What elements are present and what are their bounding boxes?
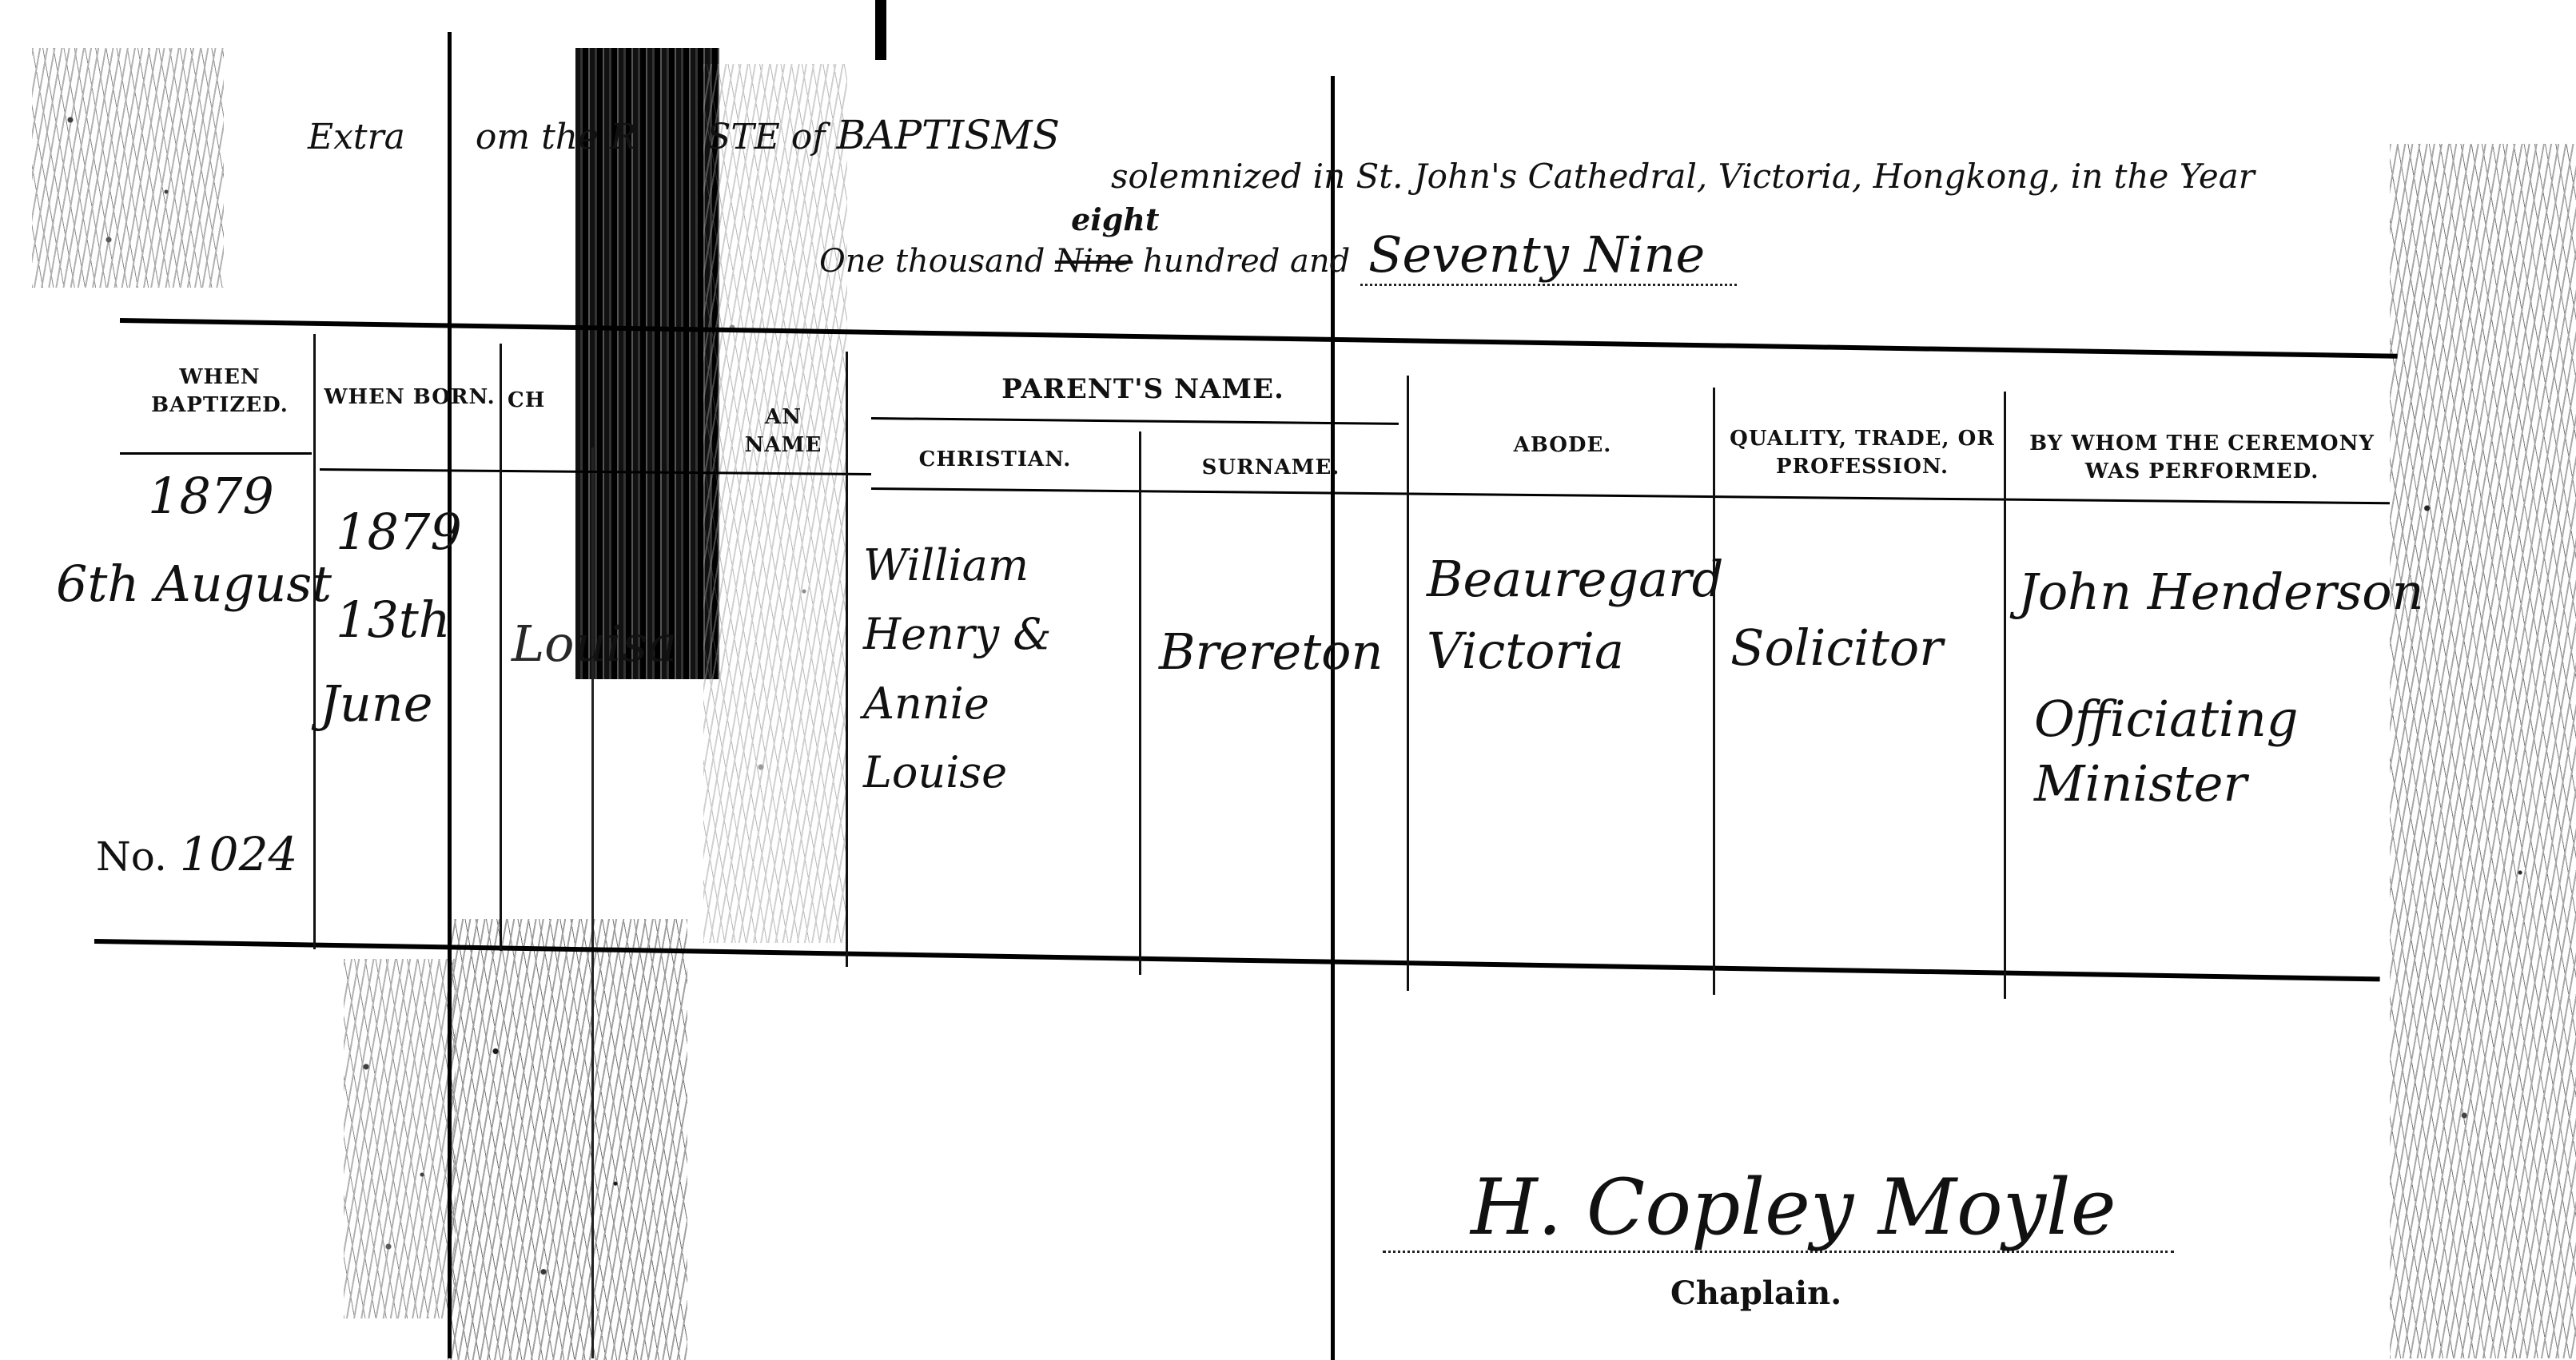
col-when-baptized: WHEN BAPTIZED. (132, 364, 308, 420)
fold-damage-mid (344, 959, 456, 1318)
header-hundred-and: hundred and (1133, 243, 1360, 280)
col-divider-5 (1407, 376, 1409, 991)
col-divider-1 (313, 334, 316, 949)
header-fragment-from: om the R (476, 117, 636, 157)
col-divider-3 (846, 352, 848, 967)
fold-line-2 (875, 0, 886, 60)
header-line-1-suffix: solemnized in St. John's Cathedral, Vict… (1111, 157, 2255, 196)
col-christian-name-left: CH (508, 387, 555, 415)
col-by-whom: BY WHOM THE CEREMONY WAS PERFORMED. (2014, 430, 2390, 486)
header-struck-word: Nine (1055, 243, 1133, 280)
col-abode: ABODE. (1415, 431, 1710, 459)
col-divider-7 (2004, 392, 2006, 999)
header-line-2: One thousand Nine eight hundred and Seve… (819, 225, 1737, 284)
table-top-rule (120, 318, 2398, 359)
chaplain-signature: H. Copley Moyle (1471, 1163, 2116, 1252)
col-divider-6 (1713, 388, 1715, 995)
entry-parents-christian: William Henry & Annie Louise (863, 531, 1051, 808)
entry-baptized-date: 6th August (56, 555, 332, 612)
col-christian-name-right: AN NAME (723, 404, 843, 459)
col-quality: QUALITY, TRADE, OR PROFESSION. (1722, 425, 2002, 481)
fold-line-1 (448, 32, 452, 1358)
entry-baptized-year: 1879 (148, 467, 274, 524)
fold-damage-lower (448, 919, 687, 1360)
entry-abode: Beauregard Victoria (1427, 543, 1723, 687)
col-parents-christian: CHRISTIAN. (859, 446, 1131, 474)
header-line-1: Extra om the R STE of BAPTISMS (308, 112, 1060, 158)
entry-born-year: 1879 (336, 503, 462, 560)
entry-performed-by-role: Officiating Minister (2034, 687, 2298, 816)
fold-damage-column (703, 64, 847, 943)
header-one-thousand: One thousand (819, 243, 1055, 280)
entry-profession: Solicitor (1730, 619, 1943, 676)
header-location: solemnized in St. John's Cathedral, Vict… (1111, 157, 2255, 196)
register-number-value: 1024 (180, 827, 298, 881)
entry-performed-by: John Henderson (2018, 563, 2424, 620)
entry-parents-surname: Brereton (1159, 623, 1383, 680)
entry-born-day: 13th (336, 591, 451, 648)
header-inserted-word: eight (1071, 201, 1159, 237)
entry-born-month: June (320, 675, 432, 732)
header-fragment-of: of (791, 117, 826, 157)
fold-line-4 (591, 447, 594, 1358)
col-parents-surname: SURNAME. (1151, 454, 1391, 482)
header-register-type: BAPTISMS (837, 112, 1060, 158)
header-bottom-rule-left (120, 452, 312, 455)
stain-top-left (32, 48, 224, 288)
stain-right-edge (2390, 144, 2576, 1358)
header-bottom-rule-right (871, 487, 2390, 504)
col-when-born: WHEN BORN. (320, 384, 500, 412)
col-divider-4 (1139, 431, 1141, 975)
register-number-label: No. (96, 833, 167, 880)
register-number: No. 1024 (96, 827, 297, 881)
header-fragment-register: STE (707, 117, 780, 157)
chaplain-role: Chaplain. (1670, 1275, 1841, 1312)
col-divider-2 (500, 344, 502, 951)
header-handwritten-year: Seventy Nine (1360, 225, 1737, 286)
parents-subheader-rule (871, 417, 1399, 425)
entry-christian-name: Louisa (512, 615, 677, 672)
header-fragment-extract: Extra (308, 117, 405, 157)
register-extract-page: Extra om the R STE of BAPTISMS solemnize… (0, 0, 2576, 1360)
col-parents-name: PARENT'S NAME. (927, 372, 1359, 408)
